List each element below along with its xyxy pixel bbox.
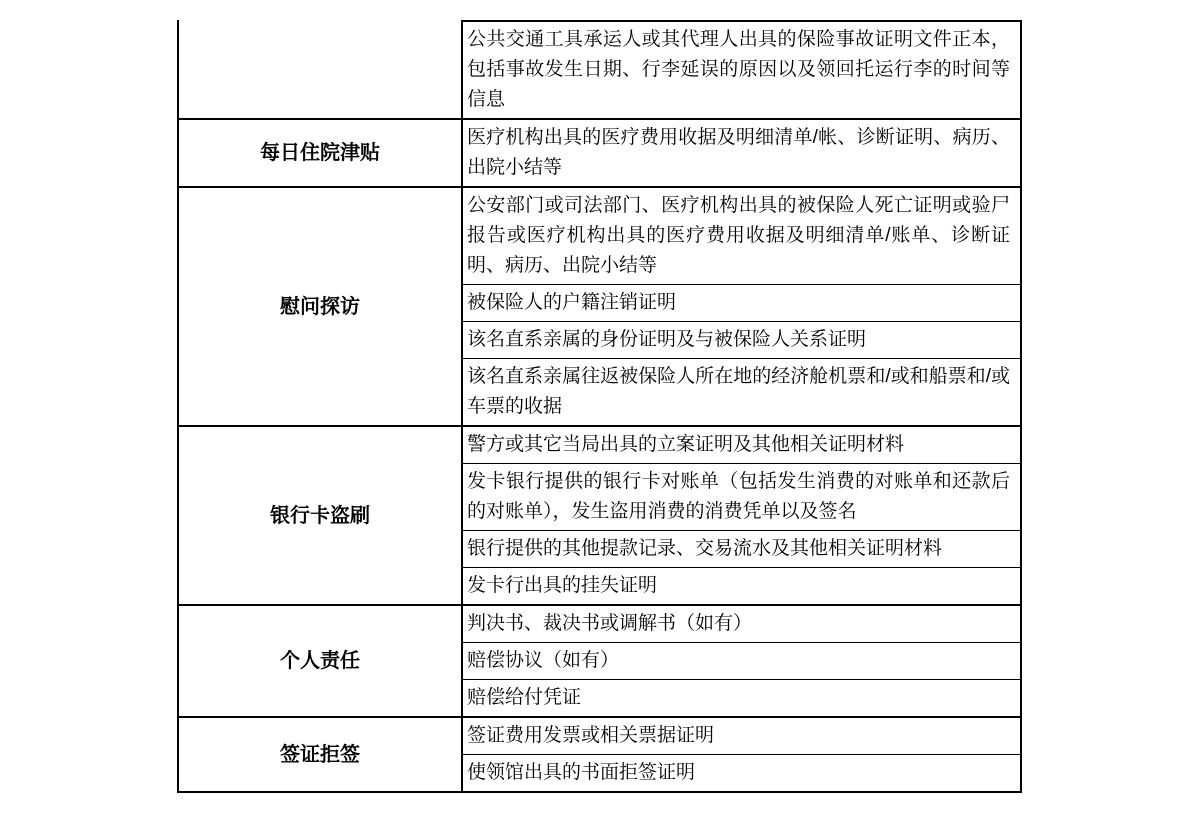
requirement-cell: 签证费用发票或相关票据证明 <box>463 718 1020 754</box>
requirement-cell: 赔偿协议（如有） <box>463 642 1020 679</box>
table-row: 慰问探访 公安部门或司法部门、医疗机构出具的被保险人死亡证明或验尸报告或医疗机构… <box>179 186 1020 425</box>
requirement-list: 医疗机构出具的医疗费用收据及明细清单/帐、诊断证明、病历、出院小结等 <box>463 120 1020 186</box>
table-row: 每日住院津贴 医疗机构出具的医疗费用收据及明细清单/帐、诊断证明、病历、出院小结… <box>179 118 1020 186</box>
claim-documents-table: 公共交通工具承运人或其代理人出具的保险事故证明文件正本，包括事故发生日期、行李延… <box>177 20 1022 793</box>
requirement-cell: 该名直系亲属往返被保险人所在地的经济舱机票和/或和船票和/或车票的收据 <box>463 358 1020 425</box>
table-row: 公共交通工具承运人或其代理人出具的保险事故证明文件正本，包括事故发生日期、行李延… <box>179 20 1020 118</box>
requirement-cell: 公安部门或司法部门、医疗机构出具的被保险人死亡证明或验尸报告或医疗机构出具的医疗… <box>463 188 1020 284</box>
category-cell: 个人责任 <box>179 606 463 716</box>
table-row: 签证拒签 签证费用发票或相关票据证明使领馆出具的书面拒签证明 <box>179 716 1020 791</box>
requirement-cell: 判决书、裁决书或调解书（如有） <box>463 606 1020 642</box>
document-page: 公共交通工具承运人或其代理人出具的保险事故证明文件正本，包括事故发生日期、行李延… <box>0 0 1190 824</box>
requirement-cell: 发卡行出具的挂失证明 <box>463 567 1020 604</box>
category-cell <box>179 20 463 118</box>
requirement-cell: 使领馆出具的书面拒签证明 <box>463 754 1020 791</box>
requirement-list: 签证费用发票或相关票据证明使领馆出具的书面拒签证明 <box>463 718 1020 791</box>
requirement-list: 公安部门或司法部门、医疗机构出具的被保险人死亡证明或验尸报告或医疗机构出具的医疗… <box>463 188 1020 425</box>
requirement-list: 判决书、裁决书或调解书（如有）赔偿协议（如有）赔偿给付凭证 <box>463 606 1020 716</box>
category-cell: 银行卡盗刷 <box>179 427 463 604</box>
table-row: 银行卡盗刷 警方或其它当局出具的立案证明及其他相关证明材料发卡银行提供的银行卡对… <box>179 425 1020 604</box>
requirement-cell: 赔偿给付凭证 <box>463 679 1020 716</box>
requirement-cell: 公共交通工具承运人或其代理人出具的保险事故证明文件正本，包括事故发生日期、行李延… <box>463 22 1020 118</box>
category-cell: 每日住院津贴 <box>179 120 463 186</box>
table-row: 个人责任 判决书、裁决书或调解书（如有）赔偿协议（如有）赔偿给付凭证 <box>179 604 1020 716</box>
requirement-cell: 银行提供的其他提款记录、交易流水及其他相关证明材料 <box>463 530 1020 567</box>
requirement-cell: 警方或其它当局出具的立案证明及其他相关证明材料 <box>463 427 1020 463</box>
requirement-cell: 发卡银行提供的银行卡对账单（包括发生消费的对账单和还款后的对账单），发生盗用消费… <box>463 463 1020 530</box>
requirement-list: 警方或其它当局出具的立案证明及其他相关证明材料发卡银行提供的银行卡对账单（包括发… <box>463 427 1020 604</box>
requirement-cell: 医疗机构出具的医疗费用收据及明细清单/帐、诊断证明、病历、出院小结等 <box>463 120 1020 186</box>
requirement-cell: 该名直系亲属的身份证明及与被保险人关系证明 <box>463 321 1020 358</box>
requirement-list: 公共交通工具承运人或其代理人出具的保险事故证明文件正本，包括事故发生日期、行李延… <box>463 20 1020 118</box>
requirement-cell: 被保险人的户籍注销证明 <box>463 284 1020 321</box>
category-cell: 签证拒签 <box>179 718 463 791</box>
category-cell: 慰问探访 <box>179 188 463 425</box>
